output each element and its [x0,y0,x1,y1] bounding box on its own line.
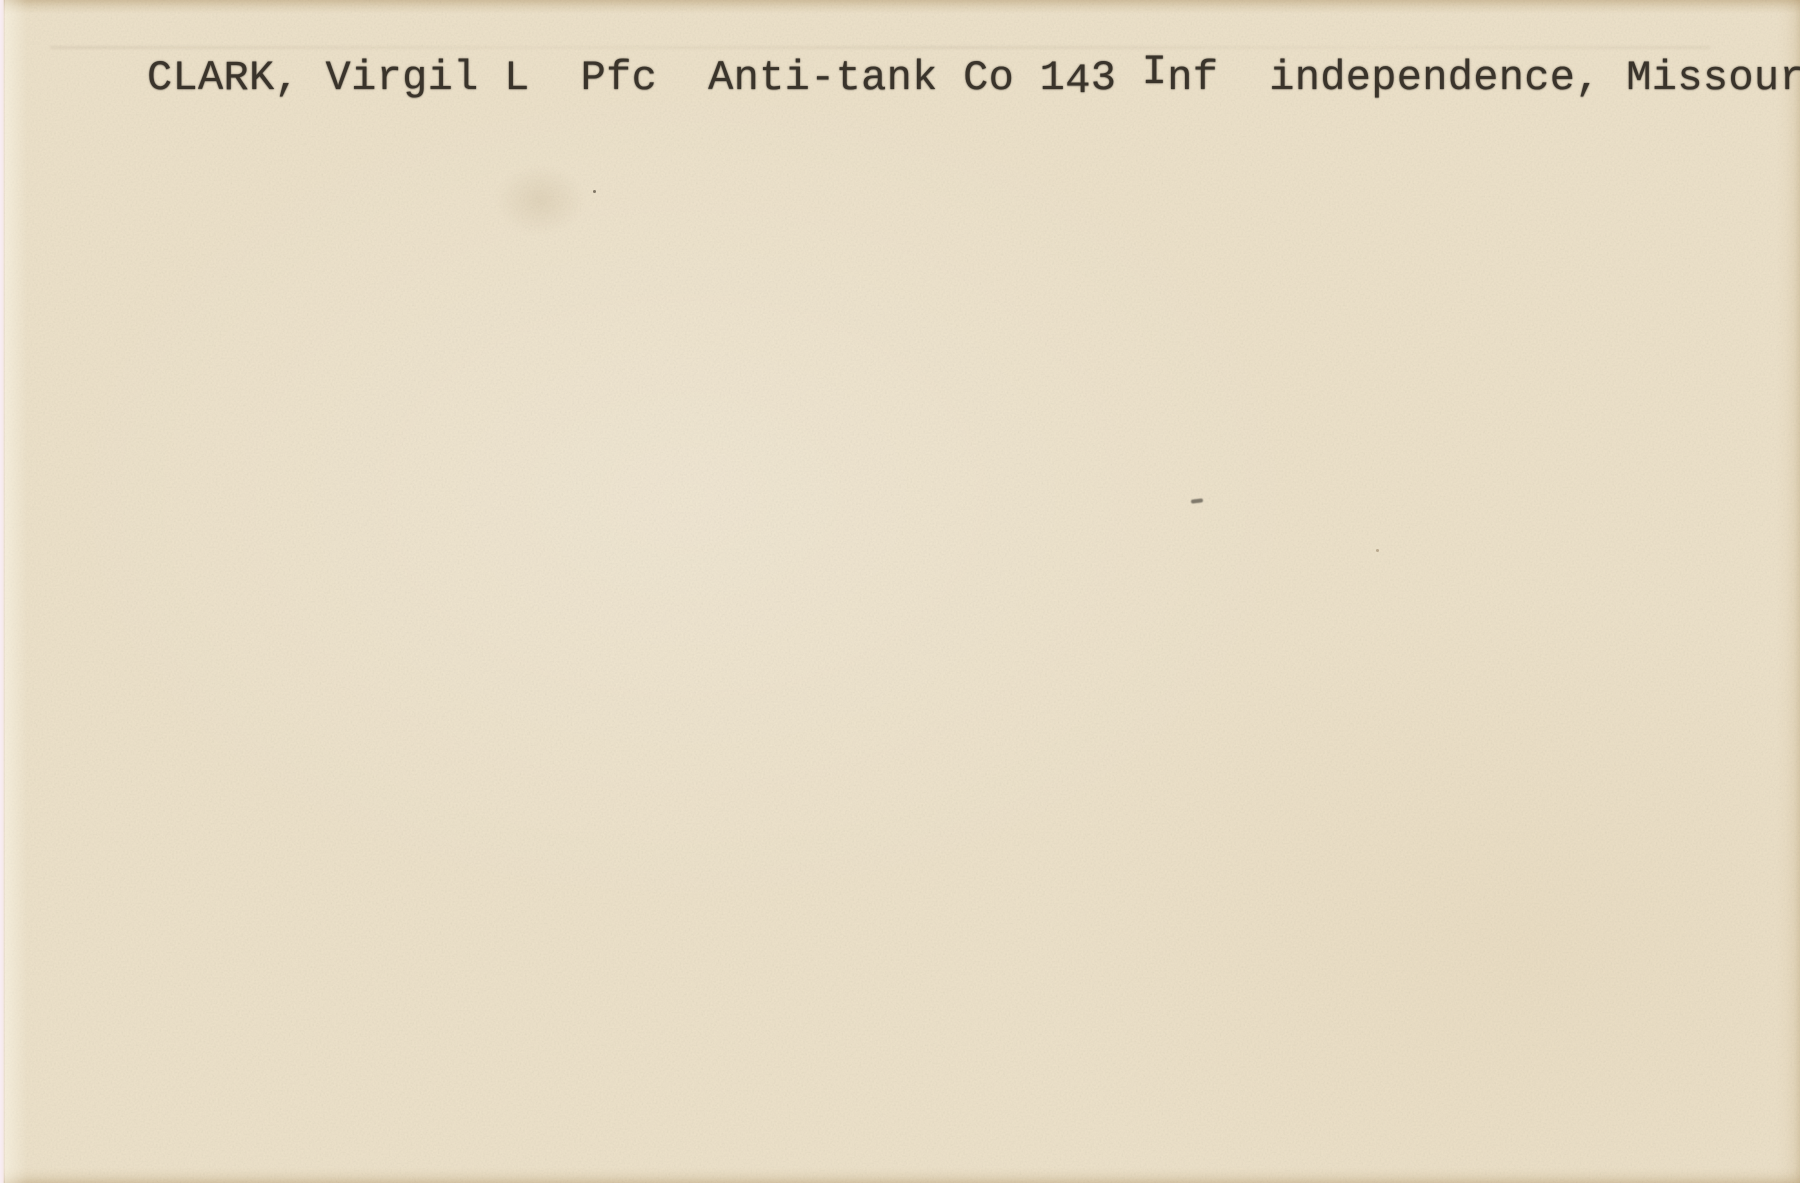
typed-entry-line: CLARK, Virgil L Pfc Anti-tank Co 143 Inf… [45,6,1800,151]
paper-speck [1376,549,1379,552]
paper-speck [593,190,596,193]
paper-smudge [495,165,585,235]
typed-text-segment: 3 [1091,54,1142,102]
index-card: CLARK, Virgil L Pfc Anti-tank Co 143 Inf… [0,0,1800,1183]
stray-pencil-dash [1191,498,1203,503]
paper-grain-texture [0,0,1800,1183]
typed-text-segment-dropped-digit: 4 [1065,57,1091,105]
typed-text-segment-raised-letter: I [1142,48,1168,96]
typed-text-segment: CLARK, Virgil L Pfc Anti-tank Co 1 [147,54,1065,102]
typed-text-segment: nf independence, Missouri [1167,54,1800,102]
ink-baseline-smear [50,46,1710,49]
card-left-edge-highlight [5,0,27,1183]
